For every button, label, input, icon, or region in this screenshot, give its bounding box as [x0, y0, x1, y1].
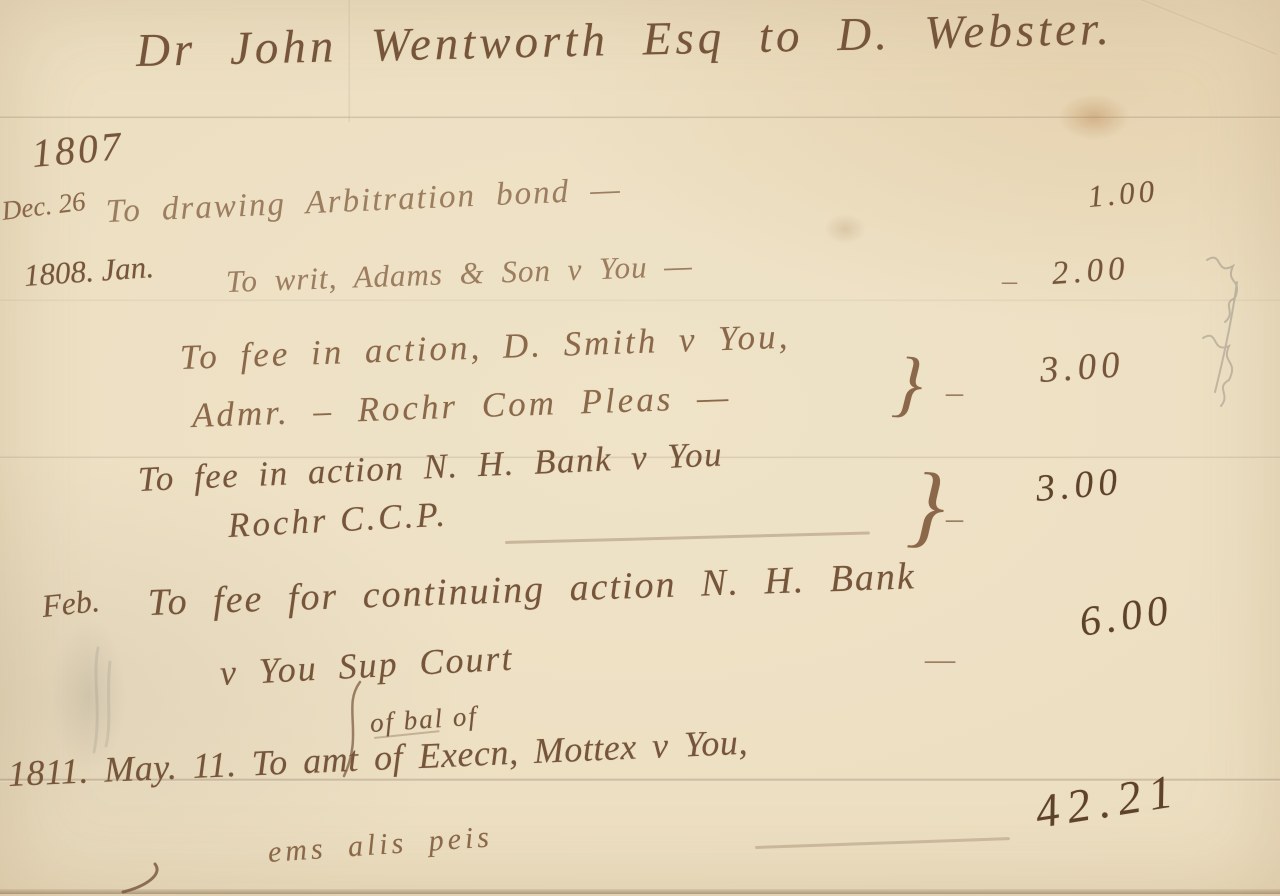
pencil-scribble — [1185, 242, 1280, 442]
ink-dash: — — [925, 643, 955, 677]
fold-crease — [0, 299, 1280, 302]
entry-description-line2: Rochr C.C.P. — [227, 497, 449, 543]
entry-description: To writ, Adams & Son v You — — [225, 250, 693, 297]
entry-amount: 3.00 — [1034, 463, 1123, 508]
cutoff-pen-stroke — [105, 860, 165, 896]
pencil-scribble — [72, 642, 132, 762]
ink-dash: – — [946, 376, 963, 410]
manuscript-page: Dr John Wentworth Esq to D. Webster. 180… — [0, 0, 1280, 896]
entry-amount: 1.00 — [1087, 175, 1160, 212]
ink-dash: – — [946, 502, 963, 536]
entry-date: Dec. 26 — [0, 188, 87, 225]
entry-description-line1: To fee in action, D. Smith v You, — [179, 319, 790, 375]
entry-description-line1: To fee in action N. H. Bank v You — [137, 436, 724, 497]
ink-stain — [824, 214, 866, 244]
entry-description-line1: To fee for continuing action N. H. Bank — [147, 557, 916, 622]
entry-date: Feb. — [40, 584, 101, 622]
entry-date: 1808. Jan. — [23, 251, 155, 291]
brace-mark: } — [890, 346, 925, 422]
brace-mark: } — [906, 458, 948, 552]
entry-description-line2: Admr. – Rochr Com Pleas — — [191, 379, 731, 433]
bill-title: Dr John Wentworth Esq to D. Webster. — [135, 6, 1113, 75]
entry-amount: 3.00 — [1039, 346, 1126, 389]
entry-description: To drawing Arbitration bond — — [105, 174, 622, 229]
ink-dash: – — [1002, 266, 1017, 296]
entry-amount: 6.00 — [1077, 589, 1175, 644]
entry-amount: 2.00 — [1051, 253, 1131, 291]
ink-rule — [755, 837, 1010, 848]
year-heading-1807: 1807 — [30, 126, 125, 174]
ink-stain — [1058, 94, 1130, 140]
entry-description-line2: ems alis peis — [267, 822, 494, 868]
ink-rule — [505, 531, 870, 543]
bottom-edge-shadow — [0, 889, 1280, 894]
